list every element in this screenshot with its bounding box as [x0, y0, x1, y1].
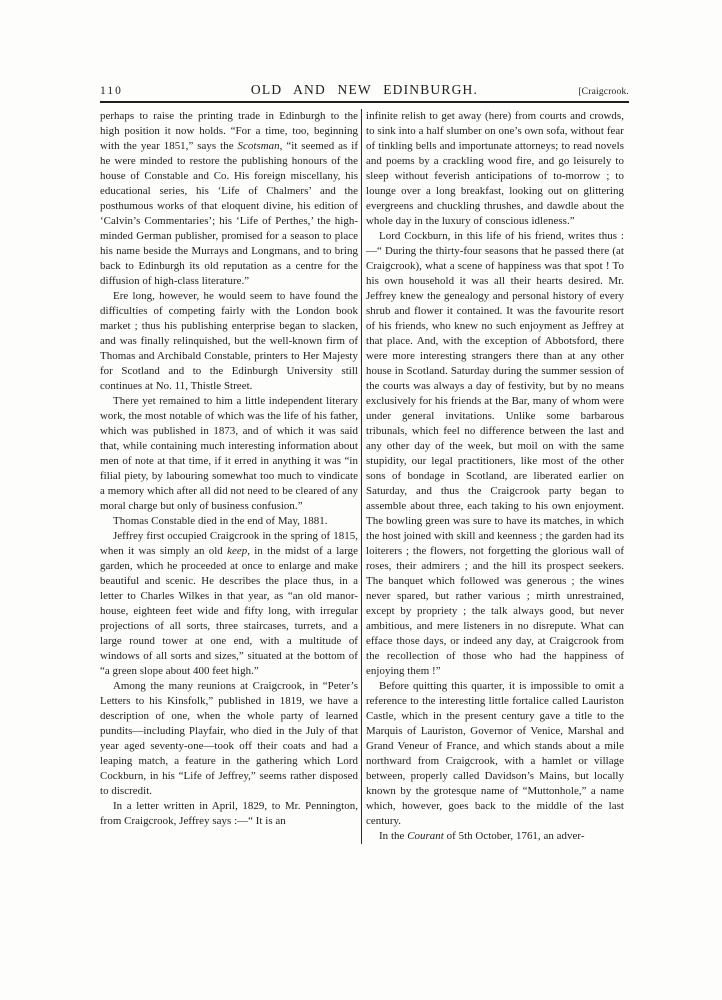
paragraph: Ere long, however, he would seem to have…	[100, 289, 358, 394]
paragraph: In the Courant of 5th October, 1761, an …	[366, 829, 624, 844]
body-text: , “it seemed as if he were minded to res…	[100, 140, 358, 287]
body-text: Among the many reunions at Craigcrook, i…	[100, 680, 358, 797]
paragraph: Before quitting this quarter, it is impo…	[366, 679, 624, 829]
body-text: Lord Cockburn, in this life of his frien…	[366, 230, 624, 677]
paragraph: infinite relish to get away (here) from …	[366, 109, 624, 229]
body-text: Ere long, however, he would seem to have…	[100, 290, 358, 392]
paragraph: Jeffrey first occupied Craigcrook in the…	[100, 529, 358, 679]
body-text: infinite relish to get away (here) from …	[366, 110, 624, 227]
body-text: Before quitting this quarter, it is impo…	[366, 680, 624, 827]
paragraph: Lord Cockburn, in this life of his frien…	[366, 229, 624, 679]
body-text: In a letter written in April, 1829, to M…	[100, 800, 358, 827]
paragraph: Among the many reunions at Craigcrook, i…	[100, 679, 358, 799]
body-text: , in the midst of a large garden, which …	[100, 545, 358, 677]
body-text: of 5th October, 1761, an adver-	[444, 830, 585, 842]
text-columns: perhaps to raise the printing trade in E…	[100, 109, 629, 844]
body-text: In the	[379, 830, 407, 842]
italic-text: Scotsman	[238, 140, 280, 152]
book-page: 110 OLD AND NEW EDINBURGH. [Craigcrook. …	[0, 0, 722, 1000]
italic-text: Courant	[407, 830, 444, 842]
body-text: There yet remained to him a little indep…	[100, 395, 358, 512]
page-number: 110	[100, 85, 190, 97]
left-column: perhaps to raise the printing trade in E…	[100, 109, 361, 844]
running-title: OLD AND NEW EDINBURGH.	[190, 82, 539, 98]
paragraph: Thomas Constable died in the end of May,…	[100, 514, 358, 529]
paragraph: There yet remained to him a little indep…	[100, 394, 358, 514]
right-column: infinite relish to get away (here) from …	[362, 109, 624, 844]
italic-text: keep	[227, 545, 247, 557]
paragraph: perhaps to raise the printing trade in E…	[100, 109, 358, 289]
header-rule	[100, 101, 629, 103]
paragraph: In a letter written in April, 1829, to M…	[100, 799, 358, 829]
page-header: 110 OLD AND NEW EDINBURGH. [Craigcrook.	[100, 82, 629, 98]
body-text: Thomas Constable died in the end of May,…	[113, 515, 328, 527]
running-header-right: [Craigcrook.	[539, 87, 629, 97]
